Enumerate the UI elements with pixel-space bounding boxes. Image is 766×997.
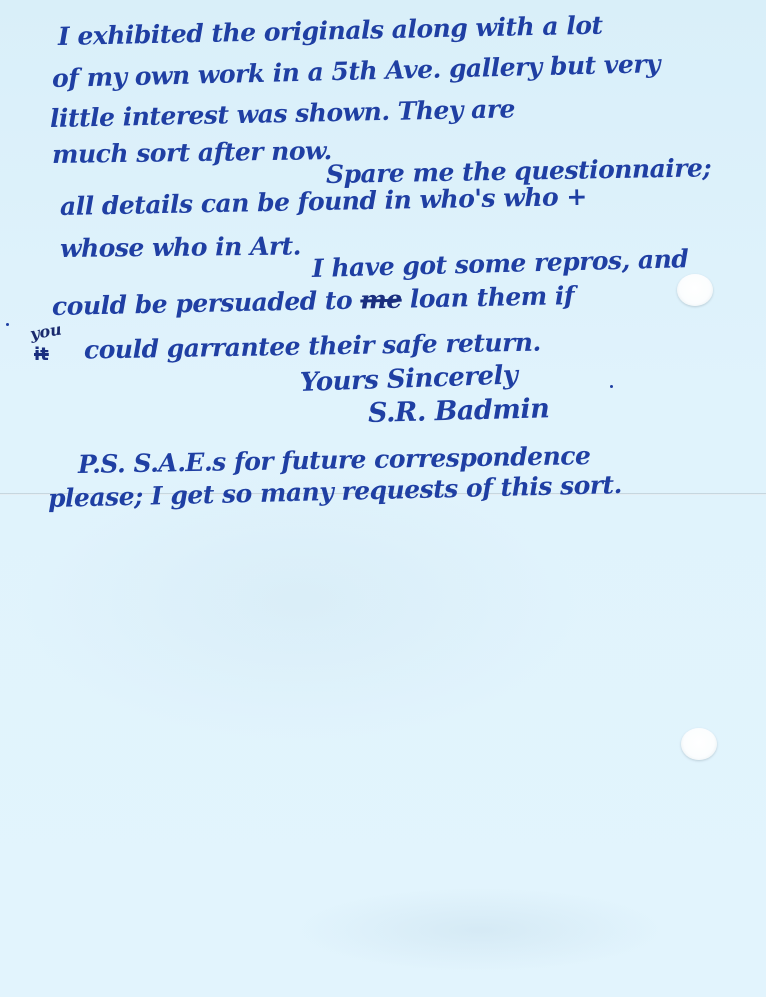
letter-line-7: whose who in Art. bbox=[60, 231, 301, 263]
line-9-before: could be persuaded to bbox=[52, 286, 353, 321]
letter-line-9: could be persuaded to me loan them if bbox=[52, 281, 575, 321]
margin-dot bbox=[6, 323, 9, 326]
letter-line-6: all details can be found in who's who + bbox=[60, 182, 587, 221]
punch-hole-bottom bbox=[681, 728, 717, 760]
letter-line-8: I have got some repros, and bbox=[312, 244, 689, 283]
letter-line-1: I exhibited the originals along with a l… bbox=[58, 11, 603, 51]
punch-hole-top bbox=[677, 274, 713, 306]
struck-word-mark: it bbox=[34, 344, 49, 365]
closing: Yours Sincerely bbox=[299, 360, 518, 398]
letter-line-3: little interest was shown. They are bbox=[50, 94, 515, 133]
signature-dot bbox=[610, 385, 613, 388]
line-9-after: loan them if bbox=[410, 281, 575, 313]
letter-line-10: could garrantee their safe return. bbox=[58, 328, 541, 365]
struck-word: me bbox=[360, 285, 402, 315]
letter-line-2: of my own work in a 5th Ave. gallery but… bbox=[52, 49, 661, 93]
letter-page: I exhibited the originals along with a l… bbox=[0, 0, 766, 997]
letter-line-4: much sort after now. bbox=[52, 136, 332, 169]
signature: S.R. Badmin bbox=[368, 393, 550, 429]
line-10-text: could garrantee their safe return. bbox=[84, 328, 541, 365]
